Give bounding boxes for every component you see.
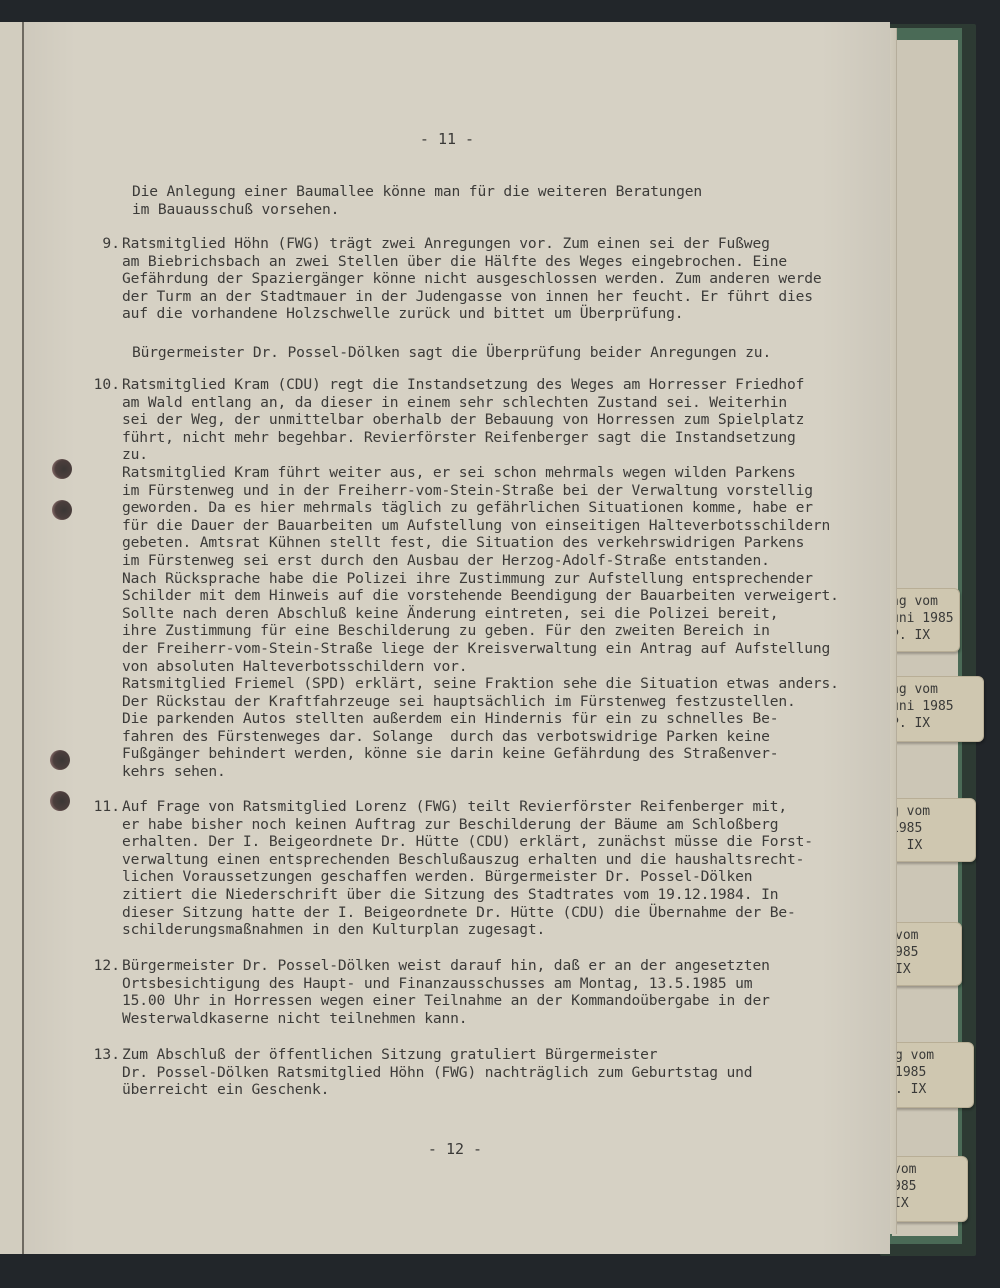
index-tab[interactable]: ng vom uni 1985 P. IX [888,676,984,742]
item-number: 13. [84,1046,120,1064]
previous-page-edge [0,22,24,1254]
item-number: 12. [84,957,120,975]
page-number-bottom: - 12 - [22,1140,888,1158]
item-text: Ratsmitglied Kram (CDU) regt die Instand… [122,376,839,781]
index-tab[interactable]: vom 985 IX [890,1156,968,1222]
item-text: Ratsmitglied Höhn (FWG) trägt zwei Anreg… [122,235,822,323]
intro-paragraph: Die Anlegung einer Baumallee könne man f… [132,183,872,218]
item-number: 10. [84,376,120,394]
item-text: Zum Abschluß der öffentlichen Sitzung gr… [122,1046,752,1099]
item-text: Bürgermeister Dr. Possel-Dölken weist da… [122,957,770,1027]
punch-hole [50,791,70,811]
item-number: 9. [84,235,120,253]
index-tab[interactable]: ng vom uni 1985 P. IX [888,588,960,652]
punch-hole [50,750,70,770]
item-number: 11. [84,798,120,816]
index-tab[interactable]: vom 985 IX [892,922,962,986]
index-tab[interactable]: g vom 1985 . IX [888,798,976,862]
punch-hole [52,500,72,520]
page-number-top: - 11 - [14,130,880,148]
item-9-followup: Bürgermeister Dr. Possel-Dölken sagt die… [132,344,872,362]
item-text: Auf Frage von Ratsmitglied Lorenz (FWG) … [122,798,813,939]
punch-hole [52,459,72,479]
index-tab[interactable]: g vom 1985 . IX [892,1042,974,1108]
document-page: - 11 - Die Anlegung einer Baumallee könn… [24,22,890,1254]
